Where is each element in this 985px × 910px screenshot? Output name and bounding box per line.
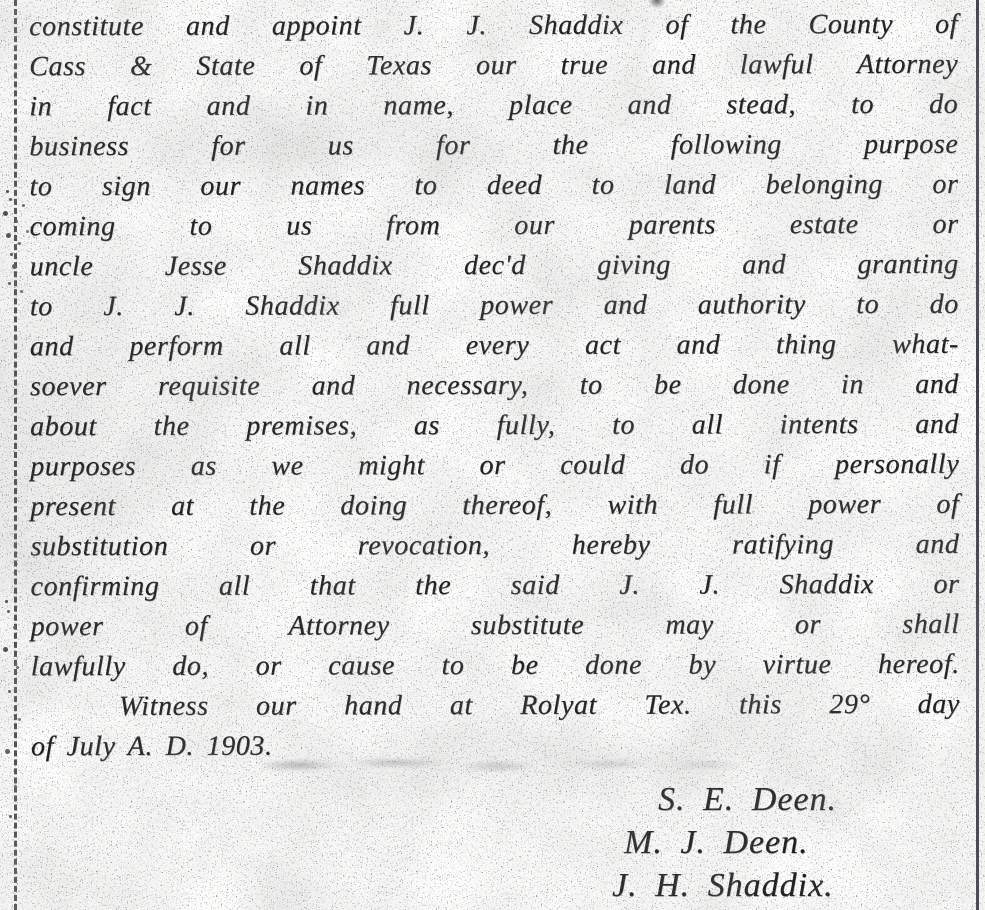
ink-bleedthrough-smudge <box>258 752 758 776</box>
right-margin-rule <box>976 0 979 910</box>
closing-dateline-1: Witness our hand at Rolyat Tex. this 29°… <box>31 685 960 727</box>
scan-speckle-cluster <box>6 190 9 193</box>
handwritten-text-body: constitute and appoint J. J. Shaddix of … <box>29 5 960 767</box>
signature-2: M. J. Deen. <box>612 821 837 864</box>
document-line-8: to J. J. Shaddix full power and authorit… <box>30 285 959 327</box>
document-line-16: power of Attorney substitute may or shal… <box>31 605 960 647</box>
document-line-3: in fact and in name, place and stead, to… <box>29 85 958 127</box>
scan-speckle-cluster <box>5 600 8 603</box>
document-line-7: uncle Jesse Shaddix dec'd giving and gra… <box>30 245 959 287</box>
document-line-14: substitution or revocation, hereby ratif… <box>30 525 959 567</box>
document-line-15: confirming all that the said J. J. Shadd… <box>30 565 959 607</box>
left-margin-dashed-rule <box>14 0 17 910</box>
signature-1: S. E. Deen. <box>612 778 837 821</box>
document-line-12: purposes as we might or could do if pers… <box>30 445 959 487</box>
document-line-9: and perform all and every act and thing … <box>30 325 959 367</box>
document-line-11: about the premises, as fully, to all int… <box>30 405 959 447</box>
document-line-1: constitute and appoint J. J. Shaddix of … <box>29 5 958 47</box>
scanned-document-page: constitute and appoint J. J. Shaddix of … <box>0 0 985 910</box>
document-line-4: business for us for the following purpos… <box>29 125 958 167</box>
document-line-10: soever requisite and necessary, to be do… <box>30 365 959 407</box>
document-line-13: present at the doing thereof, with full … <box>30 485 959 527</box>
document-line-5: to sign our names to deed to land belong… <box>29 165 958 207</box>
document-line-2: Cass & State of Texas our true and lawfu… <box>29 45 958 87</box>
document-line-17: lawfully do, or cause to be done by virt… <box>31 645 960 687</box>
document-line-6: coming to us from our parents estate or <box>30 205 959 247</box>
signature-3: J. H. Shaddix. <box>612 864 837 907</box>
signature-block: S. E. Deen. M. J. Deen. J. H. Shaddix. <box>612 778 837 907</box>
